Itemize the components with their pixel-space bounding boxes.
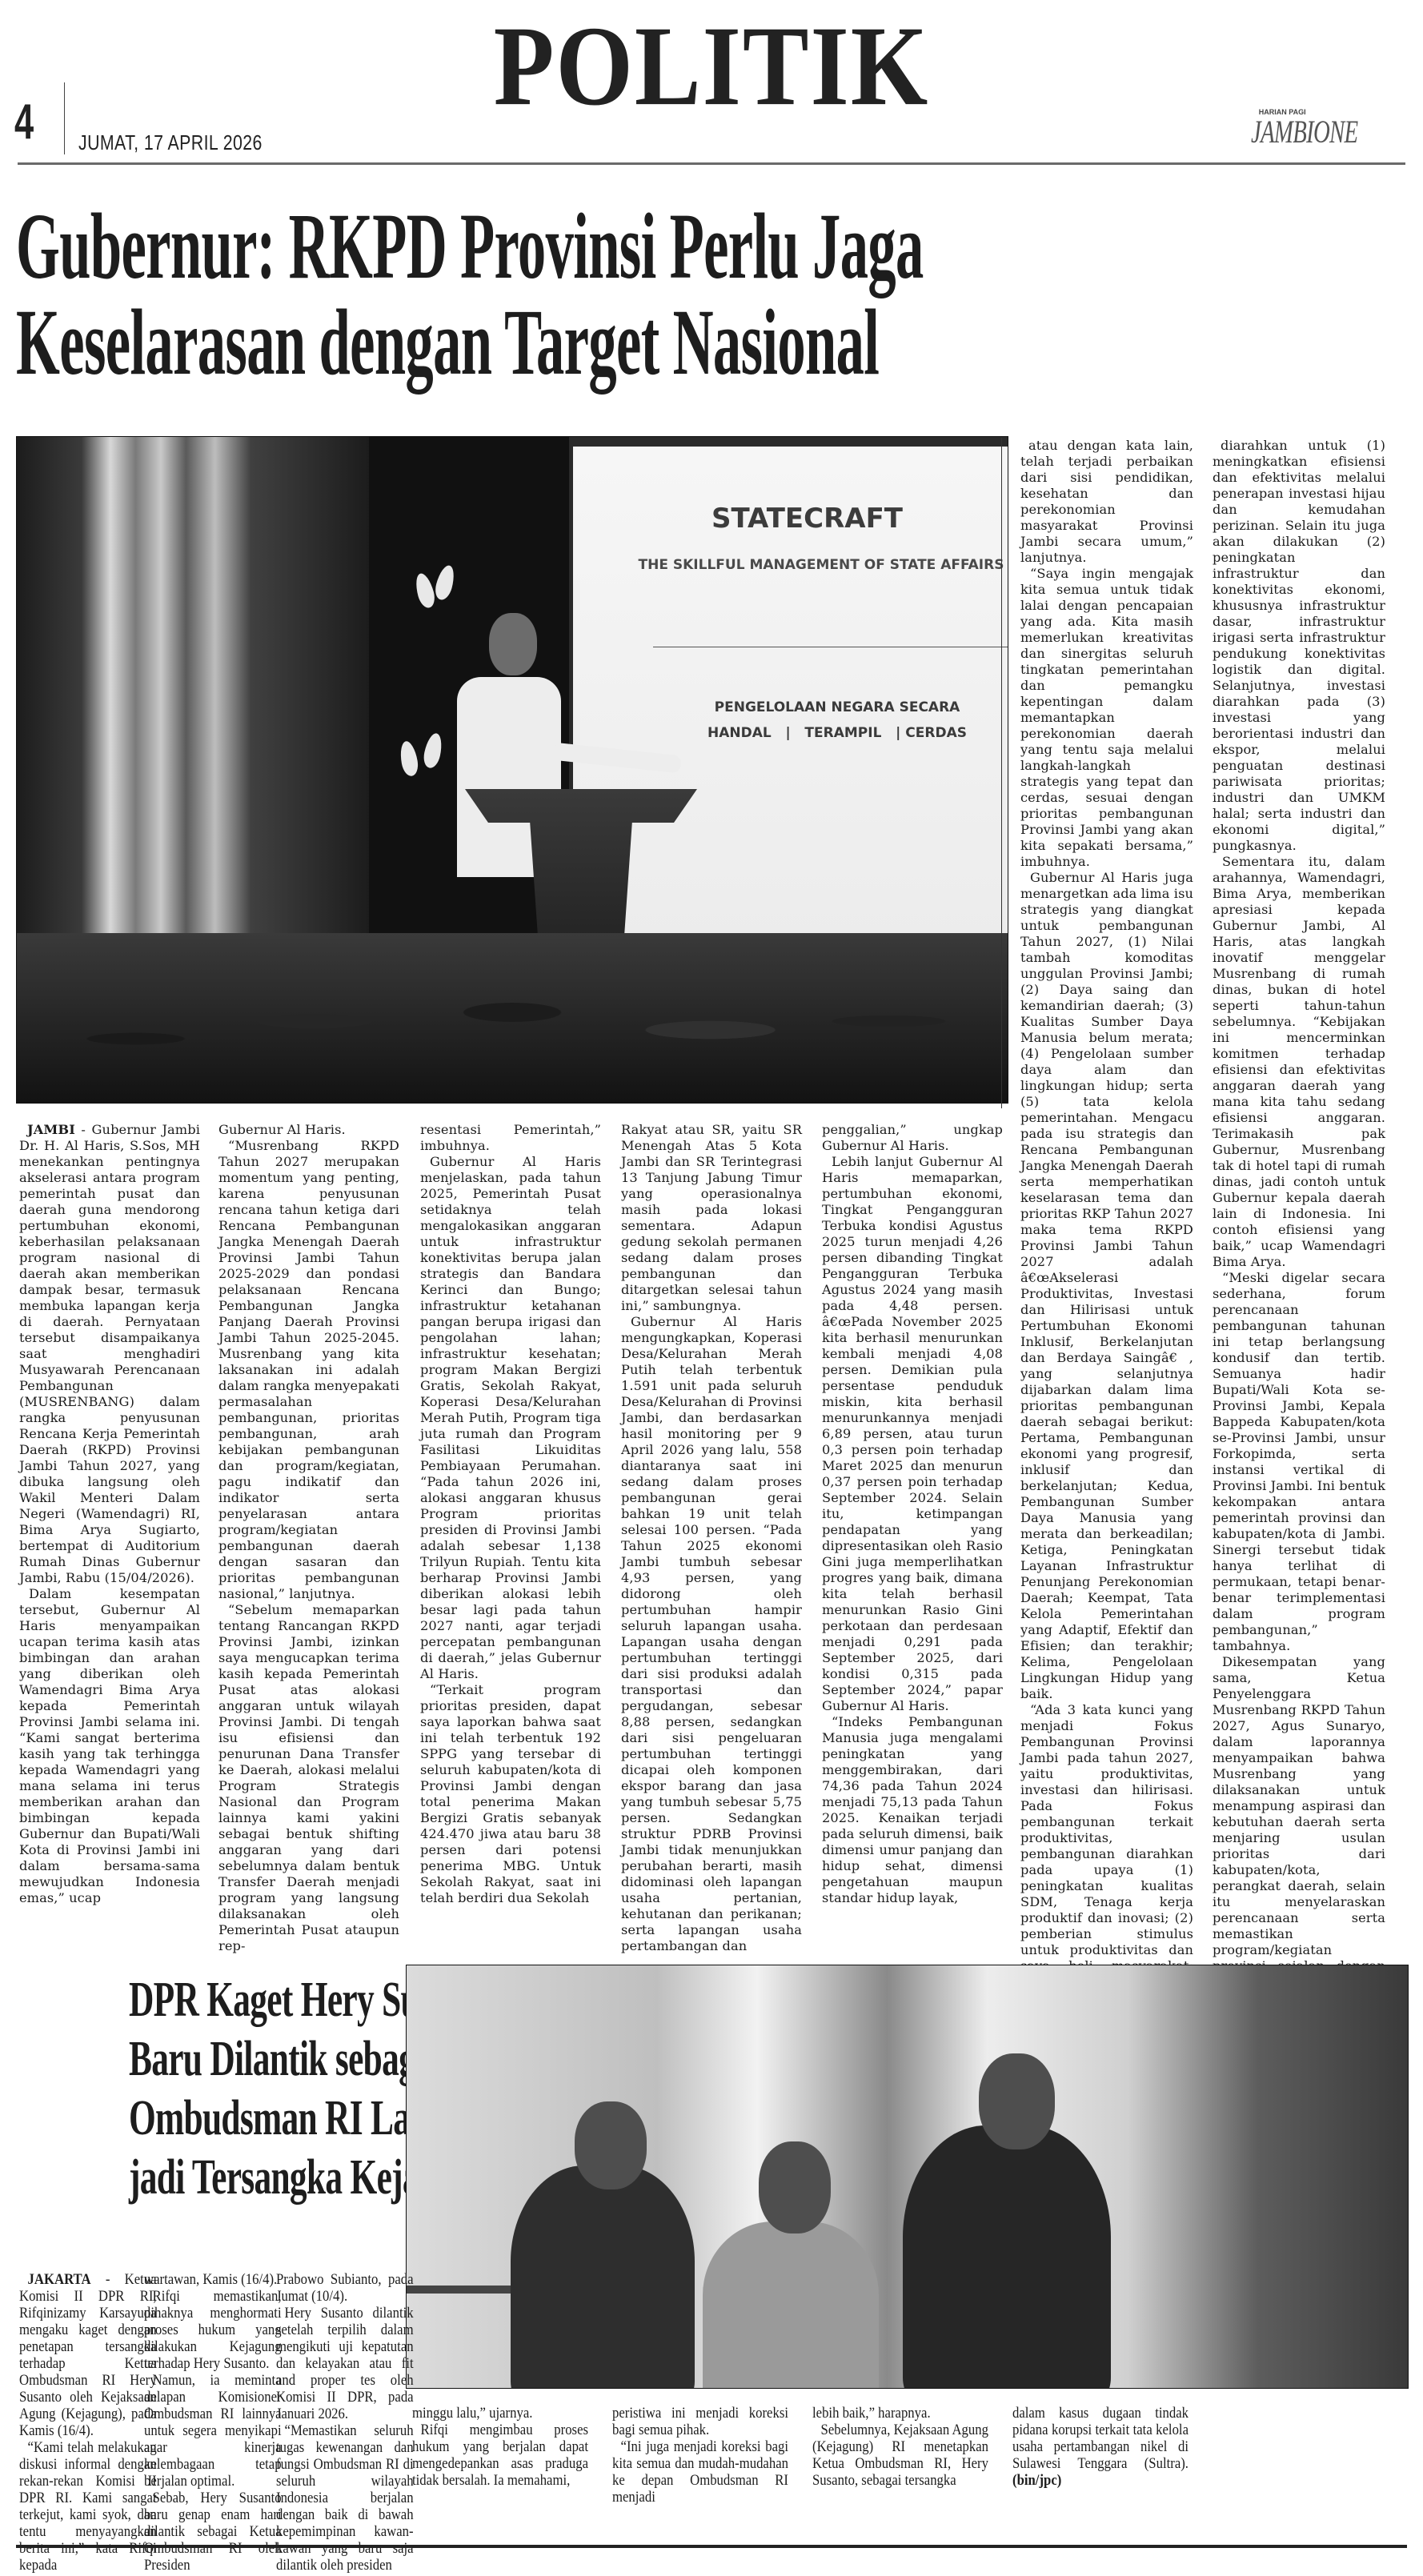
paragraph: Sebab, Hery Susanto baru genap enam hari… (144, 2490, 282, 2574)
paragraph: Rifqi memastikan, pihaknya menghormati p… (144, 2288, 282, 2372)
article2-photo (406, 1965, 1409, 2389)
paragraph: Sementara itu, dalam arahannya, Wamendag… (1213, 854, 1385, 1270)
paragraph: wartawan, Kamis (16/4). (144, 2271, 282, 2288)
paragraph: “Terkait program prioritas presiden, dap… (420, 1682, 601, 1906)
leaf-ornament-icon (413, 571, 438, 610)
masthead: POLITIK 4 JUMAT, 17 APRIL 2026 HARIAN PA… (0, 0, 1423, 172)
lead-paragraph: JAMBI - Gubernur Jambi Dr. H. Al Haris, … (19, 1122, 200, 1586)
author-signoff: (bin/jpc) (1012, 2472, 1061, 2489)
paragraph: atau dengan kata lain, telah terjadi per… (1020, 438, 1193, 566)
article2-column-1: JAKARTA - Ketua Komisi II DPR RI, Rifqin… (19, 2271, 157, 2574)
audience (17, 933, 1008, 1104)
slide-divider (653, 647, 1008, 647)
paragraph: “Indeks Pembangunan Manusia juga mengala… (822, 1714, 1003, 1906)
article1-photo: STATECRAFT THE SKILLFUL MANAGEMENT OF ST… (16, 436, 1008, 1104)
paragraph: - Ketua Komisi II DPR RI, Rifqinizamy Ka… (19, 2271, 157, 2439)
paragraph: peristiwa ini menjadi koreksi bagi semua… (612, 2405, 788, 2438)
column-divider (1001, 438, 1002, 1108)
headline-line: Keselarasan dengan Target Nasional (16, 292, 893, 393)
article2-column-6: lebih baik,” harapnya. Sebelumnya, Kejak… (812, 2405, 988, 2489)
paragraph: “Sebelum memaparkan tentang Rancangan RK… (218, 1602, 399, 1954)
logo-wordmark: JAMBIONE (1251, 116, 1357, 148)
paragraph: “Kami telah melakukan diskusi informal d… (19, 2439, 157, 2574)
leaf-ornament-icon (422, 731, 445, 769)
paragraph: - Gubernur Jambi Dr. H. Al Haris, S.Sos,… (19, 1122, 200, 1585)
article1-column-7: diarahkan untuk (1) meningkatkan efisien… (1213, 438, 1385, 2006)
paragraph: diarahkan untuk (1) meningkatkan efisien… (1213, 438, 1385, 854)
paragraph: Namun, ia meminta delapan Komisioner Omb… (144, 2372, 282, 2490)
paragraph: “Musrenbang RKPD Tahun 2027 merupakan mo… (218, 1138, 399, 1602)
paragraph: Hery Susanto dilantik setelah terpilih d… (276, 2305, 414, 2422)
paragraph: resentasi Pemerintah,” imbuhnya. (420, 1122, 601, 1154)
lead-paragraph: JAKARTA - Ketua Komisi II DPR RI, Rifqin… (19, 2271, 157, 2439)
paragraph-final: dalam kasus dugaan tindak pidana korupsi… (1012, 2405, 1189, 2489)
paragraph: Rakyat atau SR, yaitu SR Menengah Atas 5… (621, 1122, 802, 1314)
page-bottom-rule (16, 2545, 1407, 2548)
officer-left (511, 2165, 695, 2389)
officer-right-face (979, 2053, 1055, 2149)
paragraph: minggu lalu,” ujarnya. (412, 2405, 588, 2422)
paragraph: Gubernur Al Haris. (218, 1122, 399, 1138)
article1-column-5: penggalian,” ungkap Gubernur Al Haris. L… (822, 1122, 1003, 1906)
speaker-head (489, 613, 537, 675)
slide-subtitle: THE SKILLFUL MANAGEMENT OF STATE AFFAIRS (629, 555, 1008, 575)
newspaper-logo: HARIAN PAGI JAMBIONE (1251, 108, 1399, 148)
paragraph: Sebelumnya, Kejaksaan Agung (Kejagung) R… (812, 2422, 988, 2489)
headline-line: DPR Kaget Hery Susanto (129, 1970, 392, 2029)
article1-column-3: resentasi Pemerintah,” imbuhnya. Gubernu… (420, 1122, 601, 1906)
officer-left-face (575, 2101, 647, 2189)
headline-line: jadi Tersangka Kejagung (129, 2148, 392, 2207)
paragraph: “Saya ingin mengajak kita semua untuk ti… (1020, 566, 1193, 870)
article2-column-5: peristiwa ini menjadi koreksi bagi semua… (612, 2405, 788, 2506)
article2-column-2: wartawan, Kamis (16/4). Rifqi memastikan… (144, 2271, 282, 2574)
page-number: 4 (14, 94, 34, 150)
masthead-rule (18, 162, 1405, 165)
masthead-divider (64, 82, 65, 154)
article1-headline: Gubernur: RKPD Provinsi Perlu Jaga Kesel… (16, 196, 1409, 388)
officer-right (903, 2125, 1111, 2389)
paragraph: “Memastikan seluruh tugas kewenangan dan… (276, 2422, 414, 2574)
headline-line: Gubernur: RKPD Provinsi Perlu Jaga (16, 196, 893, 297)
article2-column-4: minggu lalu,” ujarnya. Rifqi mengimbau p… (412, 2405, 588, 2489)
slide-footer: PENGELOLAAN NEGARA SECARA HANDAL | TERAM… (669, 695, 1005, 746)
photo-curtains (17, 437, 377, 949)
article1-column-1: JAMBI - Gubernur Jambi Dr. H. Al Haris, … (19, 1122, 200, 1906)
paragraph: Gubernur Al Haris menjelaskan, pada tahu… (420, 1154, 601, 1682)
paragraph: Lebih lanjut Gubernur Al Haris memaparka… (822, 1154, 1003, 1714)
dateline: JAMBI (27, 1122, 75, 1137)
article1-column-2: Gubernur Al Haris. “Musrenbang RKPD Tahu… (218, 1122, 399, 1954)
paragraph: Dalam kesempatan tersebut, Gubernur Al H… (19, 1586, 200, 1906)
slide-footer-line: HANDAL | TERAMPIL | CERDAS (669, 720, 1005, 746)
section-title: POLITIK (0, 11, 1423, 122)
article1-column-4: Rakyat atau SR, yaitu SR Menengah Atas 5… (621, 1122, 802, 1954)
paragraph: Gubernur Al Haris mengungkapkan, Koperas… (621, 1314, 802, 1954)
article2-headline: DPR Kaget Hery Susanto Baru Dilantik seb… (16, 1970, 392, 2207)
suspect-vest (703, 2221, 879, 2389)
slide-title: STATECRAFT (589, 503, 1008, 535)
article2-column-3: Prabowo Subianto, pada Jumat (10/4). Her… (276, 2271, 414, 2574)
paragraph: lebih baik,” harapnya. (812, 2405, 988, 2422)
paragraph: Gubernur Al Haris juga menargetkan ada l… (1020, 870, 1193, 1702)
paragraph: Dikesempatan yang sama, Ketua Penyelengg… (1213, 1654, 1385, 1989)
headline-line: Ombudsman RI Langsung (129, 2089, 392, 2148)
paragraph: Rifqi mengimbau proses hukum yang berjal… (412, 2422, 588, 2489)
leaf-ornament-icon (433, 563, 458, 602)
paragraph: “Meski digelar secara sederhana, forum p… (1213, 1270, 1385, 1654)
paragraph: “Ini juga menjadi koreksi bagi kita semu… (612, 2438, 788, 2506)
leaf-ornament-icon (398, 740, 419, 778)
paragraph: penggalian,” ungkap Gubernur Al Haris. (822, 1122, 1003, 1154)
dateline: JAKARTA (28, 2271, 91, 2288)
paragraph: dalam kasus dugaan tindak pidana korupsi… (1012, 2405, 1189, 2472)
article1-column-6: atau dengan kata lain, telah terjadi per… (1020, 438, 1193, 2038)
paragraph: Prabowo Subianto, pada Jumat (10/4). (276, 2271, 414, 2305)
slide-footer-line: PENGELOLAAN NEGARA SECARA (669, 695, 1005, 720)
issue-date: JUMAT, 17 APRIL 2026 (78, 130, 263, 155)
suspect-face (759, 2141, 831, 2233)
paragraph-final: Dikesempatan yang sama, Ketua Penyelengg… (1213, 1654, 1385, 2006)
article2-column-7: dalam kasus dugaan tindak pidana korupsi… (1012, 2405, 1189, 2489)
presentation-screen: STATECRAFT THE SKILLFUL MANAGEMENT OF ST… (573, 447, 1008, 951)
headline-line: Baru Dilantik sebagai Ketua (129, 2029, 392, 2089)
